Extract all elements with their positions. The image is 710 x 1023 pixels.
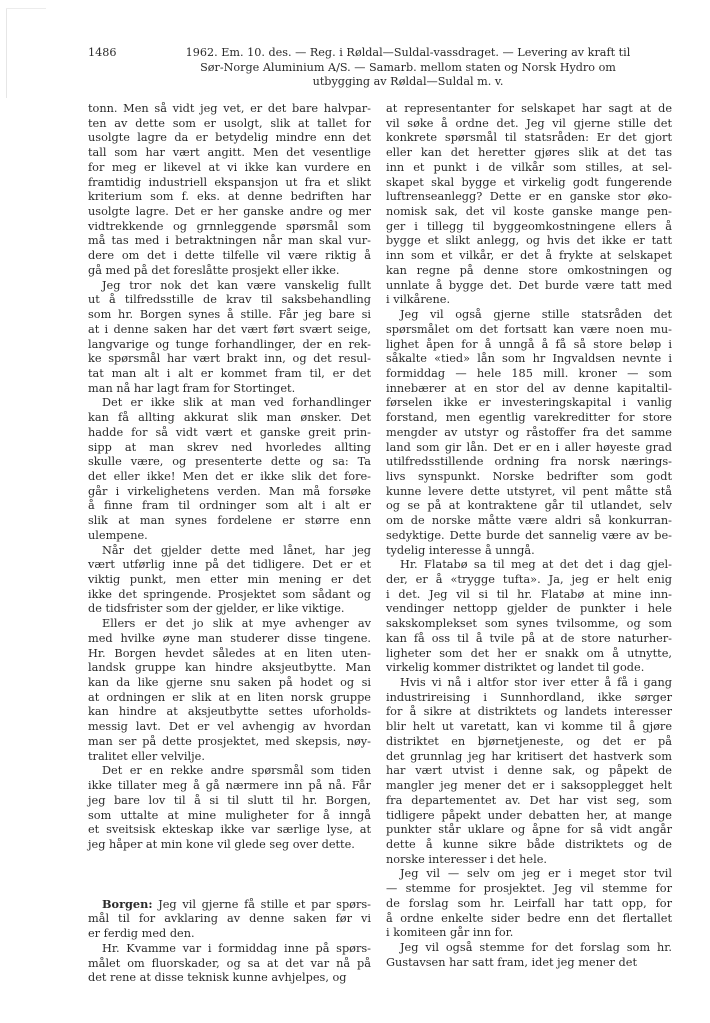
paragraph: Hr. Kvamme var i formiddag inne på spørs… (88, 942, 371, 986)
text-line: det rene at disse teknisk kunne avhjelpe… (88, 971, 371, 986)
text-line-content: Jeg vil gjerne få stille et par spørs- (153, 898, 371, 911)
text-line: Jeg vil også gjerne stille statsråden de… (386, 308, 672, 323)
paragraph: Jeg tror nok det kan være vanskelig full… (88, 279, 371, 397)
text-line: usolgte lagre da er betydelig mindre enn… (88, 131, 371, 146)
text-line: jeg håper at min kone vil glede seg over… (88, 838, 371, 853)
text-line: vidtrekkende og grnnleggende spørsmål so… (88, 220, 371, 235)
text-line: spørsmålet om det fortsatt kan være noen… (386, 323, 672, 338)
text-line: går i virkelighetens verden. Man må fors… (88, 485, 371, 500)
text-line: kan få oss til å tvile på at de store na… (386, 632, 672, 647)
text-line: Jeg vil også stemme for det forslag som … (386, 941, 672, 956)
text-line: vendinger nettopp gjelder de punkter i h… (386, 602, 672, 617)
text-line: skapet skal bygge et virkelig godt funge… (386, 176, 672, 191)
text-line: kunne levere dette utstyret, vil pent må… (386, 485, 672, 500)
text-line: et sveitsisk ekteskap ikke var særlige l… (88, 823, 371, 838)
paragraph: Ellers er det jo slik at mye avhenger av… (88, 617, 371, 764)
text-line: lighet åpen for å unngå å få så store be… (386, 338, 672, 353)
text-line: ger i tillegg til byggeomkostningene ell… (386, 220, 672, 235)
text-line: vært utførlig inne på det tidligere. Det… (88, 558, 371, 573)
text-line: Når det gjelder dette med lånet, har jeg (88, 544, 371, 559)
text-line: inn som et vilkår, er det å frykte at se… (386, 249, 672, 264)
scan-edge-mark (6, 8, 46, 9)
text-line: sakskomplekset som synes tvilsomme, og s… (386, 617, 672, 632)
text-line: Borgen: Jeg vil gjerne få stille et par … (88, 897, 371, 913)
text-line: i det. Jeg vil si til hr. Flatabø at min… (386, 588, 672, 603)
text-line: der, er å «trygge tufta». Ja, jeg er hel… (386, 573, 672, 588)
text-line: med hvilke øyne man studerer disse tinge… (88, 632, 371, 647)
text-line: ke spørsmål har vært brakt inn, og det r… (88, 352, 371, 367)
page-number: 1486 (88, 46, 116, 61)
text-line: som uttalte at mine muligheter for å inn… (88, 809, 371, 824)
paragraph: tonn. Men så vidt jeg vet, er det bare h… (88, 102, 371, 279)
text-line: målet om fluorskader, og sa at det var n… (88, 957, 371, 972)
text-line: virkelig kommer distriktet og landet til… (386, 661, 672, 676)
text-line: blir helt ut varetatt, kan vi komme til … (386, 720, 672, 735)
text-line: Jeg tror nok det kan være vanskelig full… (88, 279, 371, 294)
speaker-name: Borgen: (102, 897, 153, 911)
right-text-column: at representanter for selskapet har sagt… (386, 102, 672, 970)
scan-edge-mark (6, 8, 7, 98)
text-line: tat man alt i alt er kommet fram til, er… (88, 367, 371, 382)
text-line: tydelig interesse å unngå. (386, 544, 672, 559)
text-line: nomisk sak, det vil koste ganske mange p… (386, 205, 672, 220)
text-line: man ser på dette prosjektet, med skepsis… (88, 735, 371, 750)
text-line: viktig punkt, men etter min mening er de… (88, 573, 371, 588)
paragraph: Det er ikke slik at man ved forhandlinge… (88, 396, 371, 543)
text-line: eller kan det heretter gjøres slik at de… (386, 146, 672, 161)
text-line: innebærer at en stor del av denne kapita… (386, 382, 672, 397)
text-line: mangler jeg mener det er i saksopplegget… (386, 779, 672, 794)
paragraph: Jeg vil — selv om jeg er i meget stor tv… (386, 867, 672, 941)
text-line: Hvis vi nå i altfor stor iver etter å få… (386, 676, 672, 691)
text-line: Det er ikke slik at man ved forhandlinge… (88, 396, 371, 411)
text-line: gå med på det foreslåtte prosjekt eller … (88, 264, 371, 279)
left-text-column: tonn. Men så vidt jeg vet, er det bare h… (88, 102, 371, 986)
paragraph: Det er en rekke andre spørsmål som tiden… (88, 764, 371, 852)
running-title-line: 1962. Em. 10. des. — Reg. i Røldal—Sulda… (138, 46, 678, 61)
text-line: sedyktige. Dette burde det sannelig være… (386, 529, 672, 544)
text-line: de tidsfrister som der gjelder, er like … (88, 602, 371, 617)
text-line: ikke tillater meg å gå nærmere inn på nå… (88, 779, 371, 794)
text-line: utilfredsstillende ordning fra norsk nær… (386, 455, 672, 470)
text-line: førselen ikke er investeringskapital i v… (386, 396, 672, 411)
text-line: framtidig industriell ekspansjon ut fra … (88, 176, 371, 191)
text-line: det eller ikke! Men det er ikke slik det… (88, 470, 371, 485)
text-line: dette å kunne sikre både distriktets og … (386, 838, 672, 853)
section-gap (88, 853, 371, 897)
text-line: ligheter som det her er snakk om å utnyt… (386, 647, 672, 662)
text-line: er ferdig med den. (88, 927, 371, 942)
text-line: messig lavt. Det er vel avhengig av hvor… (88, 720, 371, 735)
text-line: å ordne enkelte sider bedre enn det fler… (386, 912, 672, 927)
paragraph: Hr. Flatabø sa til meg at det det i dag … (386, 558, 672, 676)
text-line: og se på at kontraktene går til utlandet… (386, 499, 672, 514)
text-line: mål til for avklaring av denne saken før… (88, 912, 371, 927)
text-line: at i denne saken har det vært ført svært… (88, 323, 371, 338)
text-line: kan få allting akkurat slik man ønsker. … (88, 411, 371, 426)
text-line: land som gir lån. Det er en i aller høye… (386, 441, 672, 456)
text-line: norske interesser i det hele. (386, 853, 672, 868)
text-line: tall som har vært angitt. Men det vesent… (88, 146, 371, 161)
text-line: har vært utvist i denne sak, og påpekt d… (386, 764, 672, 779)
text-line: sipp at man skrev ned hvorledes allting (88, 441, 371, 456)
text-line: kan hindre at aksjeutbytte settes uforho… (88, 705, 371, 720)
text-line: industrireising i Sunnhordland, ikke sør… (386, 691, 672, 706)
text-line: luftrenseanlegg? Dette er en ganske stor… (386, 190, 672, 205)
paragraph: at representanter for selskapet har sagt… (386, 102, 672, 308)
text-line: ulempene. (88, 529, 371, 544)
running-title: 1962. Em. 10. des. — Reg. i Røldal—Sulda… (138, 46, 678, 90)
text-line: skulle være, og presenterte dette og sa:… (88, 455, 371, 470)
text-line: de forslag som hr. Leirfall har tatt opp… (386, 897, 672, 912)
text-line: om de norske måtte være aldri så konkurr… (386, 514, 672, 529)
text-line: mengder av utstyr og råstoffer fra det s… (386, 426, 672, 441)
paragraph: Jeg vil også stemme for det forslag som … (386, 941, 672, 970)
text-line: tralitet eller velvilje. (88, 750, 371, 765)
running-title-line: utbygging av Røldal—Suldal m. v. (138, 75, 678, 90)
text-line: hadde for så vidt vært et ganske greit p… (88, 426, 371, 441)
text-line: fra departementet av. Det har vist seg, … (386, 794, 672, 809)
text-line: inn et punkt i de vilkår som stilles, at… (386, 161, 672, 176)
text-line: såkalte «tied» lån som hr Ingvaldsen nev… (386, 352, 672, 367)
text-line: formiddag — hele 185 mill. kroner — som (386, 367, 672, 382)
text-line: forstand, men egentlig varekreditter for… (386, 411, 672, 426)
text-line: unnlate å bygge det. Det burde være tatt… (386, 279, 672, 294)
text-line: tidligere påpekt under debatten her, at … (386, 809, 672, 824)
text-line: livs synspunkt. Norske bedrifter som god… (386, 470, 672, 485)
text-line: ten av dette som er usolgt, slik at tall… (88, 117, 371, 132)
text-line: kan da like gjerne snu saken på hodet og… (88, 676, 371, 691)
text-line: i komiteen går inn for. (386, 926, 672, 941)
text-line: Gustavsen har satt fram, idet jeg mener … (386, 956, 672, 971)
text-line: langvarige og tunge forhandlinger, der e… (88, 338, 371, 353)
text-line: slik at man synes fordelene er større en… (88, 514, 371, 529)
text-line: som hr. Borgen synes å stille. Får jeg b… (88, 308, 371, 323)
text-line: kan regne på denne store omkostningen og (386, 264, 672, 279)
text-line: konkrete spørsmål til statsråden: Er det… (386, 131, 672, 146)
text-line: ikke det springende. Prosjektet som såda… (88, 588, 371, 603)
text-line: landsk gruppe kan hindre aksjeutbytte. M… (88, 661, 371, 676)
running-title-line: Sør-Norge Aluminium A/S. — Samarb. mello… (138, 61, 678, 76)
text-line: at ordningen er slik at en liten norsk g… (88, 691, 371, 706)
text-line: — stemme for prosjektet. Jeg vil stemme … (386, 882, 672, 897)
text-line: i vilkårene. (386, 293, 672, 308)
text-line: det grunnlag jeg har kritisert det hastv… (386, 750, 672, 765)
text-line: å finne fram til ordninger som alt i alt… (88, 499, 371, 514)
text-line: Hr. Kvamme var i formiddag inne på spørs… (88, 942, 371, 957)
text-line: ut å tilfredsstille de krav til saksbeha… (88, 293, 371, 308)
paragraph: Borgen: Jeg vil gjerne få stille et par … (88, 897, 371, 942)
text-line: må tas med i betraktningen når man skal … (88, 234, 371, 249)
text-line: vil søke å ordne det. Jeg vil gjerne sti… (386, 117, 672, 132)
text-line: tonn. Men så vidt jeg vet, er det bare h… (88, 102, 371, 117)
text-line: distriktet en bjørnetjeneste, og det er … (386, 735, 672, 750)
paragraph: Hvis vi nå i altfor stor iver etter å få… (386, 676, 672, 867)
paragraph: Jeg vil også gjerne stille statsråden de… (386, 308, 672, 558)
text-line: Ellers er det jo slik at mye avhenger av (88, 617, 371, 632)
text-line: bygge et slikt anlegg, og hvis det ikke … (386, 234, 672, 249)
text-line: Det er en rekke andre spørsmål som tiden (88, 764, 371, 779)
text-line: Hr. Flatabø sa til meg at det det i dag … (386, 558, 672, 573)
text-line: Hr. Borgen hevdet således at en liten ut… (88, 647, 371, 662)
text-line: jeg bare lov til å si til slutt til hr. … (88, 794, 371, 809)
text-line: at representanter for selskapet har sagt… (386, 102, 672, 117)
text-line: kriterium som f. eks. at denne bedriften… (88, 190, 371, 205)
text-line: punkter står uklare og åpne for så vidt … (386, 823, 672, 838)
text-line: usolgte lagre. Det er her ganske andre o… (88, 205, 371, 220)
text-line: for å sikre at distriktets og landets in… (386, 705, 672, 720)
text-line: for meg er likevel at vi ikke kan vurder… (88, 161, 371, 176)
text-line: dere om det i dette tilfelle vil være ri… (88, 249, 371, 264)
paragraph: Når det gjelder dette med lånet, har jeg… (88, 544, 371, 618)
text-line: man nå har lagt fram for Stortinget. (88, 382, 371, 397)
text-line: Jeg vil — selv om jeg er i meget stor tv… (386, 867, 672, 882)
